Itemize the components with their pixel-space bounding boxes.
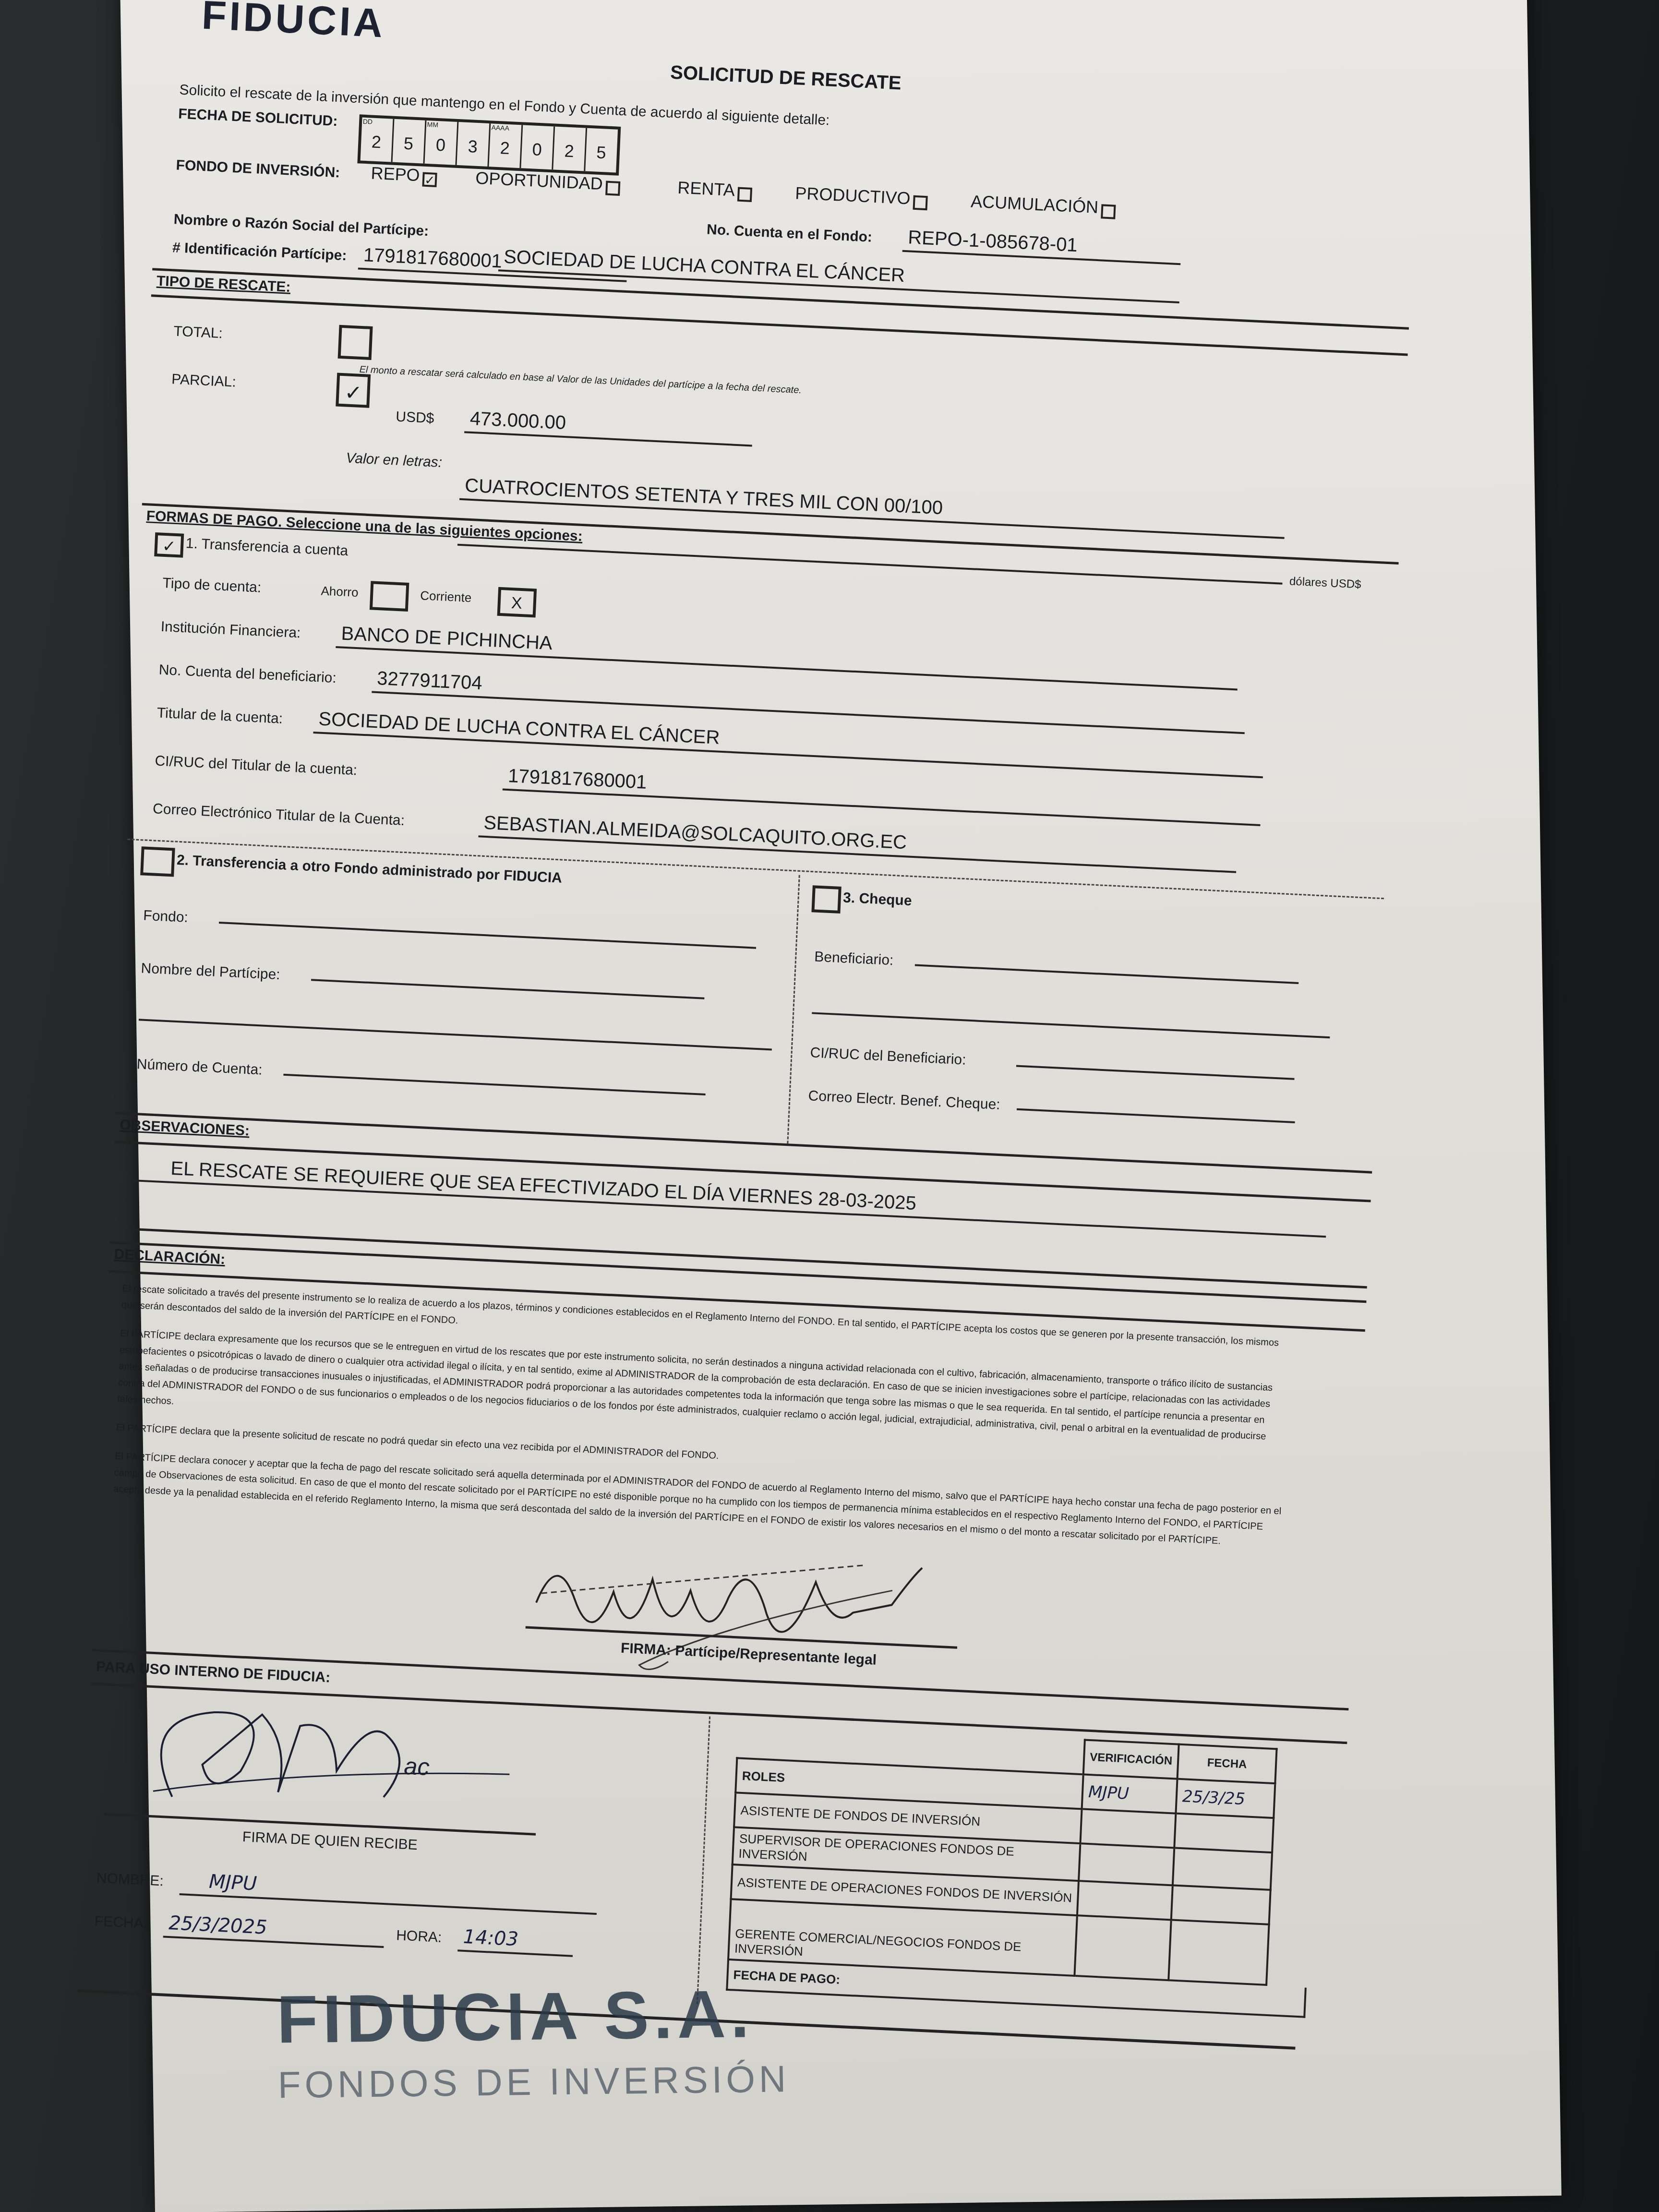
opt3-benef-label: Beneficiario: (814, 949, 894, 969)
opt3-correo-field[interactable] (1017, 1092, 1296, 1123)
observaciones-row: EL RESCATE SE REQUIERE QUE SEA EFECTIVIZ… (132, 1156, 1327, 1238)
verif-cell[interactable] (1074, 1915, 1171, 1980)
date-digit: AAAA2 (489, 123, 523, 168)
date-digit: MM0 (424, 120, 458, 165)
brand-logo: FIDUCIA (201, 0, 386, 47)
verif-cell[interactable] (1079, 1843, 1174, 1885)
roles-table: VERIFICACIÓN FECHA ROLES MJPU 25/3/25 AS… (727, 1722, 1278, 1985)
opt1-row: ✓ 1. Transferencia a cuenta (154, 532, 349, 565)
parcial-checkbox[interactable]: ✓ (336, 373, 371, 408)
opt3-extra-row (812, 996, 1331, 1041)
column-divider (697, 1717, 710, 2004)
fund-checkbox[interactable] (737, 187, 752, 202)
parcial-row: PARCIAL: ✓ (171, 365, 371, 408)
corriente-checkbox[interactable]: X (497, 587, 537, 618)
amount-field[interactable]: 473.000.00 (465, 408, 754, 446)
opt3-correo-label: Correo Electr. Benef. Cheque: (808, 1088, 1000, 1113)
letras-label: Valor en letras: (346, 450, 443, 470)
id-label: # Identificación Partícipe: (172, 240, 348, 264)
paper-sheet: FIDUCIA SOLICITUD DE RESCATE Solicito el… (120, 0, 1562, 2212)
verif-cell[interactable] (1080, 1809, 1176, 1848)
tipo-cuenta-row: Tipo de cuenta: Ahorro Corriente X (162, 571, 536, 618)
cuenta-fondo-label: No. Cuenta en el Fondo: (706, 222, 872, 245)
receiver-date-row: FECHA: 25/3/2025 HORA: 14:03 (94, 1909, 574, 1957)
fecha-cell[interactable] (1168, 1920, 1269, 1984)
fund-option[interactable]: RENTA (677, 178, 735, 200)
opt2-nombre-row: Nombre del Partícipe: (141, 954, 705, 1003)
opt2-nombre-field[interactable] (311, 962, 705, 999)
opt2-cuenta-field[interactable] (284, 1058, 707, 1095)
fund-option[interactable]: ACUMULACIÓN (970, 191, 1099, 216)
opt2-fondo-row: Fondo: (143, 902, 757, 953)
ahorro-checkbox[interactable] (370, 581, 409, 612)
opt2-cuenta-row: Número de Cuenta: (136, 1050, 706, 1099)
opt2-nombre-label: Nombre del Partícipe: (141, 960, 280, 983)
date-digit: 5 (392, 119, 426, 164)
nombre-label: Nombre o Razón Social del Partícipe: (173, 211, 429, 239)
svg-text:ac: ac (404, 1753, 430, 1780)
ciruc-field[interactable]: 1791817680001 (503, 765, 1262, 826)
corriente-label: Corriente (420, 588, 472, 605)
letras-suffix: dólares USD$ (1289, 575, 1361, 591)
declaracion-paragraph: El PARTÍCIPE declara conocer y aceptar q… (113, 1448, 1286, 1552)
receiver-hora-field[interactable]: 14:03 (458, 1925, 574, 1957)
receiver-signature: ac (113, 1689, 551, 1843)
correo-field[interactable]: SEBASTIAN.ALMEIDA@SOLCAQUITO.ORG.EC (478, 812, 1237, 873)
opt2-extra-row (139, 1002, 773, 1053)
ciruc-label: CI/RUC del Titular de la cuenta: (155, 753, 358, 778)
receiver-name-row: NOMBRE: MJPU (96, 1865, 598, 1915)
letras-row: Valor en letras: (346, 450, 443, 471)
letras-line2: dólares USD$ (457, 528, 1362, 592)
parcial-label: PARCIAL: (171, 372, 335, 396)
opt1-label: 1. Transferencia a cuenta (185, 535, 349, 559)
verif-cell[interactable]: MJPU (1082, 1774, 1178, 1813)
date-digit: 2 (553, 126, 587, 171)
col-verificacion: VERIFICACIÓN (1083, 1740, 1179, 1779)
column-divider (787, 875, 800, 1143)
opt2-fondo-label: Fondo: (143, 908, 189, 926)
currency-label: USD$ (396, 409, 434, 426)
opt2-extra-line[interactable] (139, 1002, 772, 1050)
fund-checkbox[interactable] (913, 195, 927, 210)
verif-cell[interactable] (1077, 1881, 1173, 1920)
tipo-rescate-header: TIPO DE RESCATE: (156, 273, 291, 296)
uso-interno-header: PARA USO INTERNO DE FIDUCIA: (96, 1659, 330, 1686)
fund-options: REPO✓OPORTUNIDADRENTAPRODUCTIVOACUMULACI… (342, 171, 1116, 216)
fund-account-row: No. Cuenta en el Fondo: REPO-1-085678-01 (706, 217, 1182, 265)
date-digit: DD2 (360, 118, 394, 162)
col-fecha: FECHA (1178, 1744, 1277, 1784)
observaciones-header: OBSERVACIONES: (120, 1117, 250, 1140)
opt3-ciruc-label: CI/RUC del Beneficiario: (810, 1045, 966, 1068)
opt3-benef-row: Beneficiario: (814, 943, 1299, 988)
fecha-solicitud-label: FECHA DE SOLICITUD: (178, 106, 338, 130)
fund-checkbox[interactable] (1101, 204, 1116, 219)
correo-label: Correo Electrónico Titular de la Cuenta: (153, 801, 405, 829)
fund-option[interactable]: PRODUCTIVO (795, 183, 911, 208)
declaracion-header: DECLARACIÓN: (114, 1246, 226, 1268)
participant-name-row: Nombre o Razón Social del Partícipe: (173, 211, 429, 240)
stamp-line2: FONDOS DE INVERSIÓN (277, 2057, 790, 2107)
institucion-label: Institución Financiera: (160, 619, 301, 641)
opt2-cuenta-label: Número de Cuenta: (136, 1056, 263, 1078)
cuenta-fondo-field[interactable]: REPO-1-085678-01 (902, 227, 1182, 265)
opt3-correo-row: Correo Electr. Benef. Cheque: (808, 1082, 1296, 1127)
date-digit: 3 (457, 122, 491, 167)
cheque-checkbox[interactable] (811, 885, 841, 914)
receiver-hora-label: HORA: (396, 1927, 442, 1945)
total-row: TOTAL: (173, 317, 373, 360)
opt3-benef-field[interactable] (914, 948, 1299, 984)
opt3-extra-line[interactable] (812, 996, 1331, 1038)
letras-field-wrap: CUATROCIENTOS SETENTA Y TRES MIL CON 00/… (459, 475, 1286, 539)
tipo-cuenta-label: Tipo de cuenta: (162, 575, 262, 596)
fund-checkbox[interactable]: ✓ (422, 172, 437, 187)
opt3-ciruc-row: CI/RUC del Beneficiario: (810, 1039, 1295, 1084)
total-checkbox[interactable] (338, 325, 373, 360)
ahorro-label: Ahorro (321, 584, 359, 600)
total-label: TOTAL: (173, 324, 337, 348)
titular-label: Titular de la cuenta: (156, 705, 283, 727)
receiver-nombre-field[interactable]: MJPU (180, 1869, 598, 1915)
fund-row: FONDO DE INVERSIÓN: REPO✓OPORTUNIDADRENT… (176, 154, 1366, 231)
fecha-cell[interactable]: 25/3/25 (1176, 1779, 1275, 1818)
fecha-cell[interactable] (1174, 1814, 1274, 1853)
opt3-ciruc-field[interactable] (1016, 1049, 1295, 1080)
participant-id-row: # Identificación Partícipe: 179181768000… (172, 235, 627, 282)
fondo-label: FONDO DE INVERSIÓN: (176, 157, 340, 180)
opt2-fondo-field[interactable] (219, 905, 757, 949)
otro-fondo-checkbox[interactable] (140, 846, 175, 877)
observaciones-field[interactable]: EL RESCATE SE REQUIERE QUE SEA EFECTIVIZ… (132, 1156, 1327, 1238)
receiver-fecha-label: FECHA: (94, 1913, 147, 1932)
opt3-label: 3. Cheque (843, 890, 913, 909)
amount-row: USD$ 473.000.00 (395, 404, 753, 446)
stamp-line1: FIDUCIA S.A. (276, 1974, 789, 2058)
form-title: SOLICITUD DE RESCATE (670, 62, 902, 95)
opt2-row: 2. Transferencia a otro Fondo administra… (140, 846, 563, 895)
letras-field[interactable]: CUATROCIENTOS SETENTA Y TRES MIL CON 00/… (459, 475, 1286, 539)
roles-table-wrap: VERIFICACIÓN FECHA ROLES MJPU 25/3/25 AS… (726, 1722, 1317, 2018)
fecha-cell[interactable] (1171, 1885, 1271, 1924)
tipo-rescate-note: El monto a rescatar será calculado en ba… (359, 364, 802, 396)
receiver-fecha-field[interactable]: 25/3/2025 (163, 1912, 385, 1948)
date-digit: 5 (585, 128, 618, 173)
declaracion-text: El rescate solicitado a través del prese… (112, 1280, 1293, 1564)
date-digit: 0 (521, 125, 555, 169)
fund-checkbox[interactable] (605, 180, 620, 195)
fecha-cell[interactable] (1173, 1848, 1272, 1890)
transferencia-checkbox[interactable]: ✓ (154, 532, 184, 558)
receiver-nombre-label: NOMBRE: (96, 1870, 164, 1889)
cuenta-benef-label: No. Cuenta del beneficiario: (158, 662, 337, 686)
opt3-row: 3. Cheque (811, 885, 912, 917)
company-stamp: FIDUCIA S.A. FONDOS DE INVERSIÓN (276, 1974, 790, 2107)
redemption-form: FIDUCIA SOLICITUD DE RESCATE Solicito el… (164, 9, 1420, 68)
fund-option[interactable]: REPO (371, 163, 421, 185)
